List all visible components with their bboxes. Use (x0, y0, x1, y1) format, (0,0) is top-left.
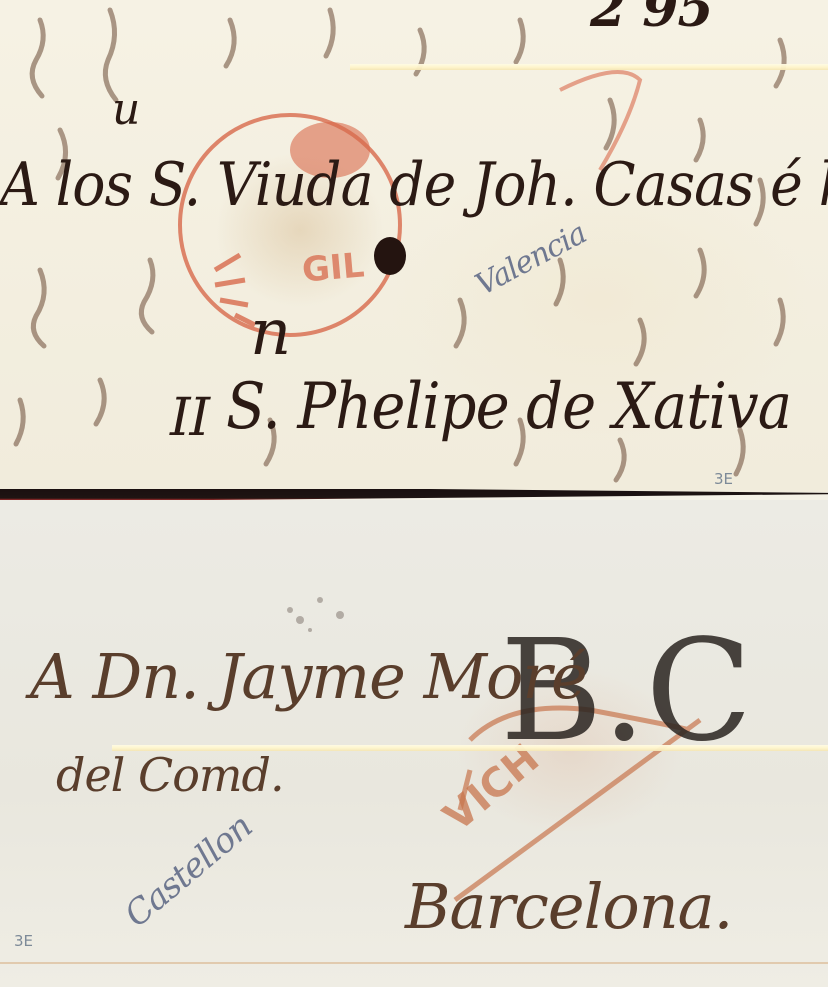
address-line-3: Barcelona. (405, 870, 732, 943)
fold-edge (0, 962, 828, 964)
address-prefix-2: II (170, 388, 209, 448)
top-right-marking: 2 95 (590, 0, 713, 39)
catalog-number: 3E (14, 932, 33, 950)
address-line-1: A los S. Viuda de Joh. Casas é hijo (0, 150, 828, 220)
address-line-1: A Dn. Jayme Moré (30, 640, 587, 713)
catalog-number: 3E (714, 470, 733, 488)
address-line-2: S. Phelipe de Xativa (226, 370, 791, 444)
letter-cover-bottom: VICH B.C A Dn. Jayme Moré del Comd. Barc… (0, 500, 828, 987)
address-superscript-2: n (250, 296, 290, 370)
address-superscript-1: u (112, 84, 139, 135)
address-line-2: del Comd. (56, 748, 284, 802)
scan-artifact (350, 64, 828, 70)
letter-cover-top: GIL 2 95 u A los S. Viuda de Joh. Casas … (0, 0, 828, 492)
scan-artifact (112, 745, 828, 751)
